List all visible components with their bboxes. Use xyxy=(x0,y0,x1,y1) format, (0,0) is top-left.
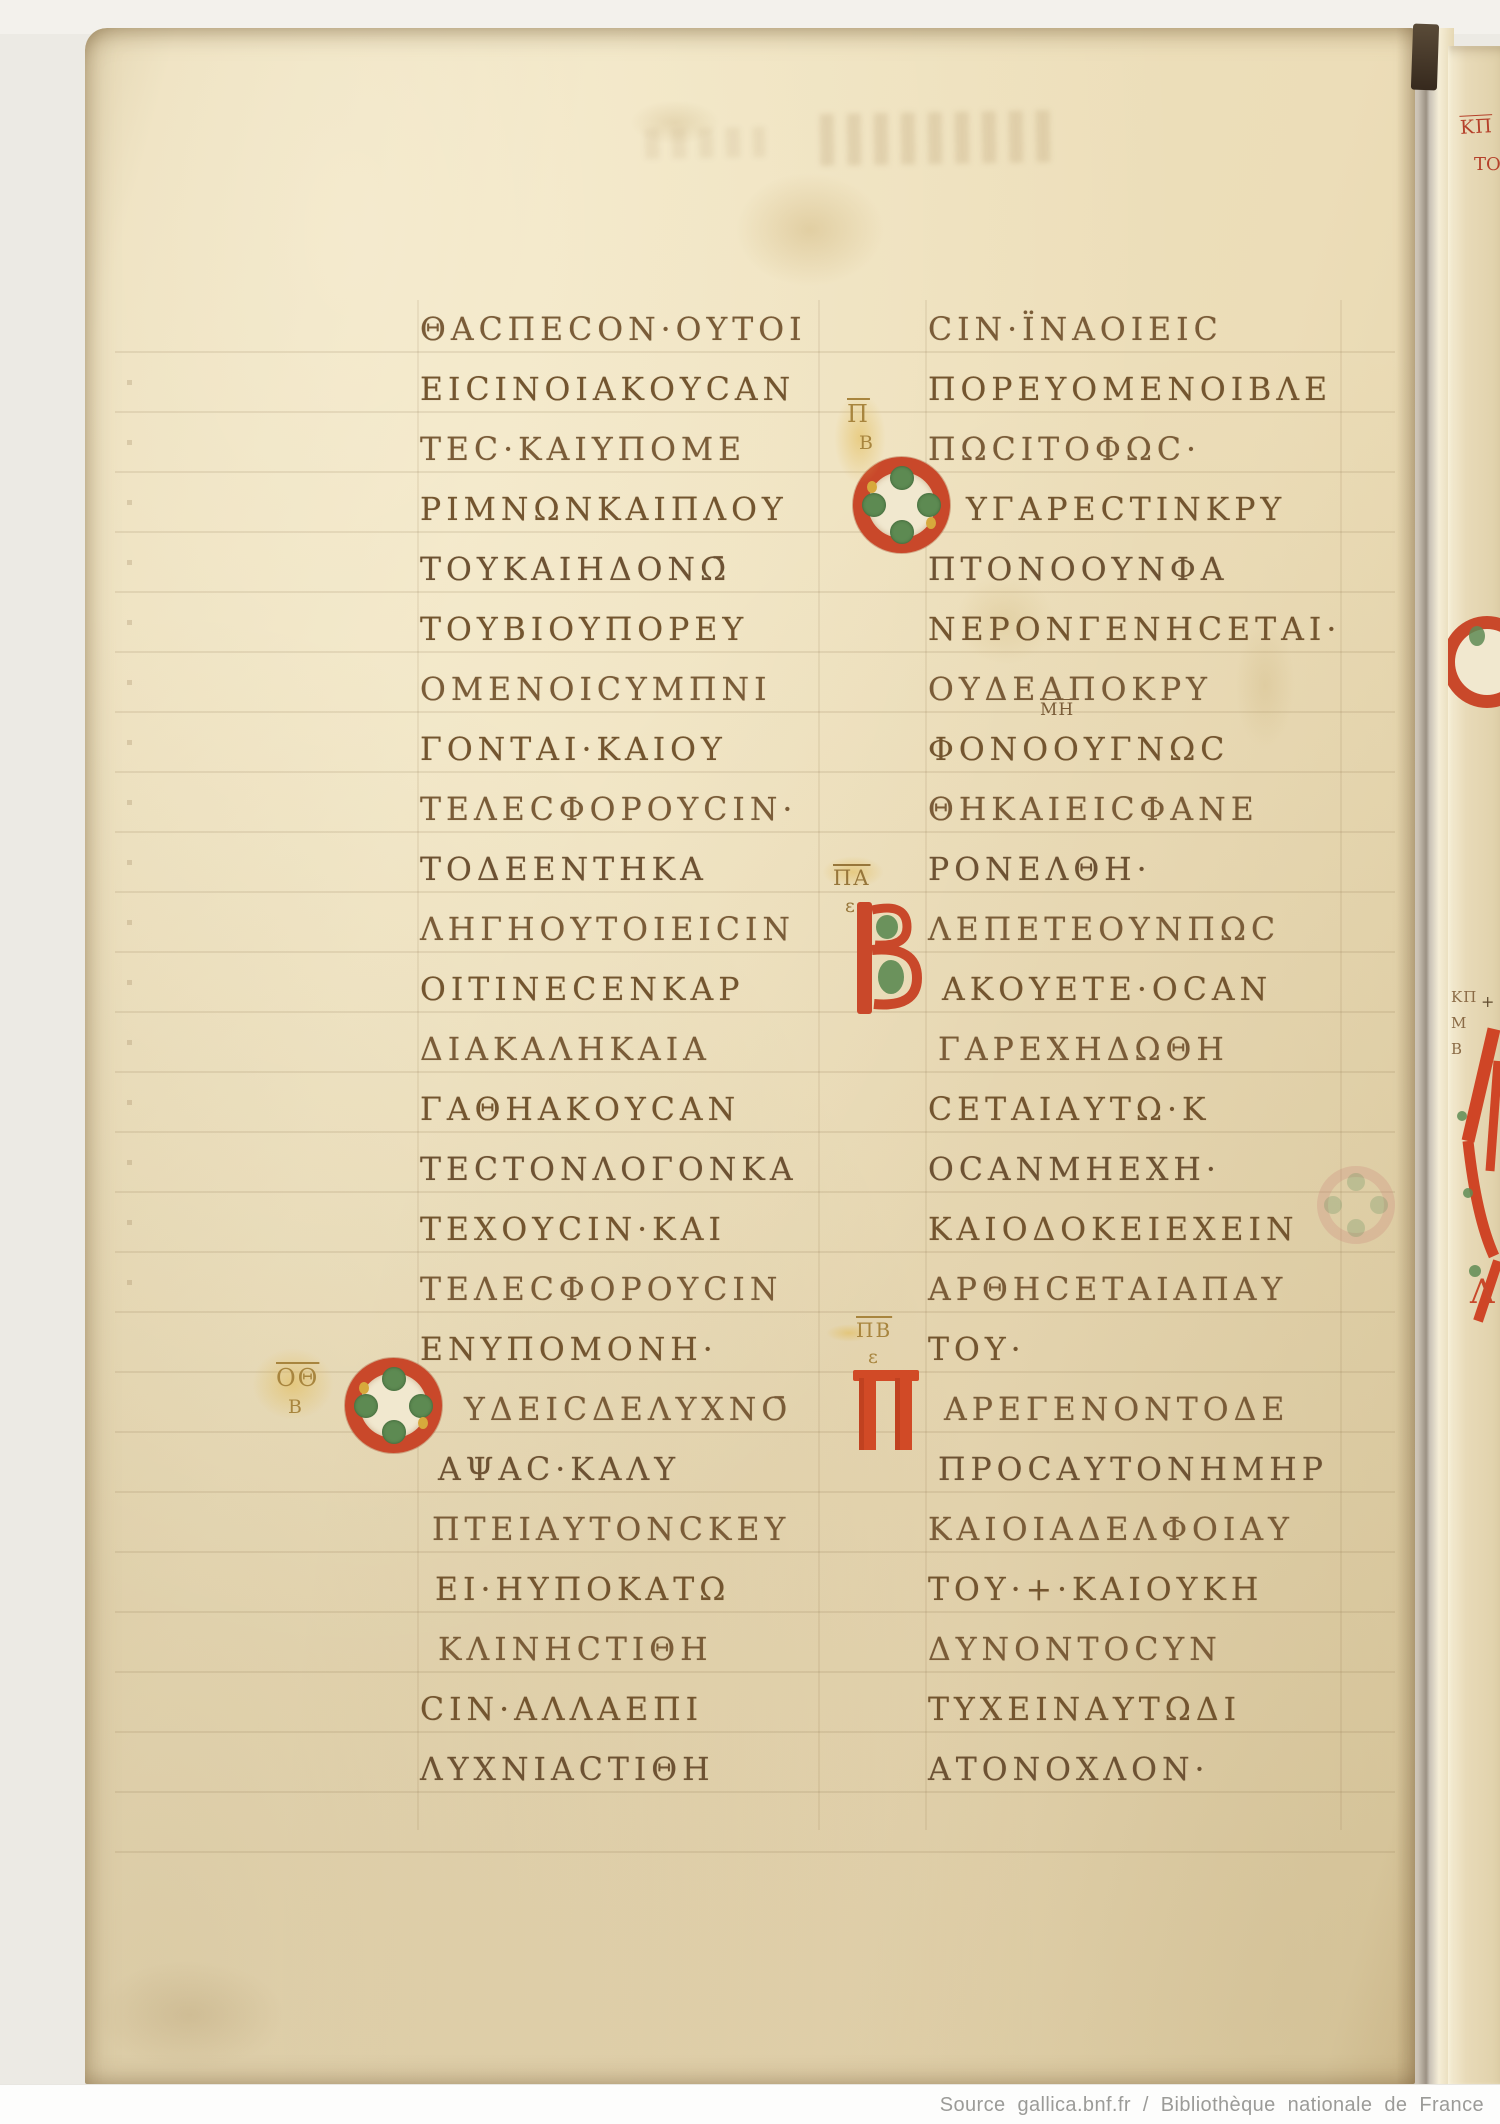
eusebian-section-note: ΠΑ ε xyxy=(833,868,870,916)
initial-ornament xyxy=(862,493,886,517)
manuscript-text-line: ΟΙΤΙΝΕCΕΝΚΑΡ xyxy=(420,960,820,1020)
manuscript-text-line: ΦΟΝΟΟΥΓΝΩC xyxy=(928,720,1348,780)
manuscript-text-line: ΤΥΧΕΙΝΑΥΤΩΔΙ xyxy=(928,1680,1348,1740)
initial-ornament xyxy=(917,493,941,517)
manuscript-text-line: ΔΙΑΚΑΛΗΚΑΙΑ xyxy=(420,1020,820,1080)
manuscript-text-line: ΠΤΟΝΟΟΥΝΦΑ xyxy=(928,540,1348,600)
ink-bleedthrough xyxy=(645,127,766,159)
initial-ornament xyxy=(890,520,914,544)
manuscript-text-line: ΔΥΝΟΝΤΟCΥΝ xyxy=(928,1620,1348,1680)
bleedthrough-initial-ghost xyxy=(1317,1166,1395,1244)
manuscript-text-line: ΚΛΙΝΗCΤΙΘΗ xyxy=(420,1620,820,1680)
manuscript-text-line: ΤΟΔΕΕΝΤΗΚΑ xyxy=(420,840,820,900)
manuscript-text-line: ΟΜΕΝΟΙCΥΜΠΝΙ xyxy=(420,660,820,720)
ghost-ornament xyxy=(1347,1173,1365,1191)
manuscript-text-line: CΕΤΑΙΑΥΤΩ·Κ xyxy=(928,1080,1348,1140)
binding-threads xyxy=(1411,24,1439,91)
initial-ornament xyxy=(409,1394,433,1418)
ghost-ornament xyxy=(1347,1219,1365,1237)
manuscript-text-line: ΠΟΡΕΥΟΜΕΝΟΙΒΛΕ xyxy=(928,360,1348,420)
manuscript-text-line: CΙΝ·ΪΝΑΟΙΕΙC xyxy=(928,300,1348,360)
initial-ornament xyxy=(382,1420,406,1444)
ghost-ornament xyxy=(1370,1196,1388,1214)
manuscript-text-line: ΝΕΡΟΝΓΕΝΗCΕΤΑΙ· xyxy=(928,600,1348,660)
book-gutter xyxy=(1396,28,1454,2084)
initial-ornament xyxy=(418,1417,428,1429)
initial-ornament xyxy=(382,1367,406,1391)
manuscript-text-line: ΛΗΓΗΟΥΤΟΙΕΙCΙΝ xyxy=(420,900,820,960)
manuscript-text-line: ΘΑCΠΕCΟΝ·ΟΥΤΟΙ xyxy=(420,300,820,360)
manuscript-text-line: ΤΟΥ· xyxy=(928,1320,1348,1380)
manuscript-text-line: ΠΩCΙΤΟΦΩC· xyxy=(928,420,1348,480)
section-number: ΠΑ xyxy=(833,868,870,889)
facing-decorated-initial xyxy=(1448,616,1500,708)
manuscript-text-line: ΤΟΥ·+·ΚΑΙΟΥΚΗ xyxy=(928,1560,1348,1620)
manuscript-text-line: ΤΕCΤΟΝΛΟΓΟΝΚΑ xyxy=(420,1140,820,1200)
right-text-column: CΙΝ·ΪΝΑΟΙΕΙCΠΟΡΕΥΟΜΕΝΟΙΒΛΕΠΩCΙΤΟΦΩC·ΥΓΑΡ… xyxy=(928,300,1348,1800)
canon-number: ε xyxy=(845,897,870,916)
manuscript-text-line: ΤΕΛΕCΦΟΡΟΥCΙΝ· xyxy=(420,780,820,840)
eusebian-section-note: Π Β xyxy=(847,402,875,453)
section-number: Π xyxy=(847,402,875,426)
canon-number: Β xyxy=(859,434,875,453)
interlinear-correction: ΜΗ xyxy=(1040,700,1074,720)
manuscript-text-line: ΕΝΥΠΟΜΟΝΗ· xyxy=(420,1320,820,1380)
manuscript-text-line: ΤΟΥΒΙΟΥΠΟΡΕΥ xyxy=(420,600,820,660)
manuscript-text-line: ΟCΑΝΜΗΕΧΗ· xyxy=(928,1140,1348,1200)
manuscript-text-line: ΑΡΕΓΕΝΟΝΤΟΔΕ xyxy=(928,1380,1348,1440)
manuscript-text-line: CΙΝ·ΑΛΛΑΕΠΙ xyxy=(420,1680,820,1740)
manuscript-text-line: ΑΨΑC·ΚΑΛΥ xyxy=(420,1440,820,1500)
ink-bleedthrough xyxy=(820,110,1056,166)
facing-rubric-text: ΤΟ xyxy=(1474,154,1500,175)
manuscript-text-line: ΓΑΡΕΧΗΔΩΘΗ xyxy=(928,1020,1348,1080)
initial-ornament xyxy=(359,1382,369,1394)
source-credit-bar: Source gallica.bnf.fr / Bibliothèque nat… xyxy=(0,2084,1500,2124)
initial-ornament xyxy=(926,517,936,529)
manuscript-text-line: ΥΓΑΡΕCΤΙΝΚΡΥ xyxy=(928,480,1348,540)
pricking-dots xyxy=(127,380,132,1340)
manuscript-text-line: ΠΡΟCΑΥΤΟΝΗΜΗΡ xyxy=(928,1440,1348,1500)
manuscript-text-line: ΥΔΕΙCΔΕΛΥΧΝΟ̄ xyxy=(420,1380,820,1440)
manuscript-text-line: ΡΟΝΕΛΘΗ· xyxy=(928,840,1348,900)
facing-rubric-text: ΚΠ xyxy=(1459,115,1493,139)
decorated-initial-omicron xyxy=(345,1358,442,1453)
manuscript-text-line: ΡΙΜΝΩΝΚΑΙΠΛΟΥ xyxy=(420,480,820,540)
left-text-column: ΘΑCΠΕCΟΝ·ΟΥΤΟΙΕΙCΙΝΟΙΑΚΟΥCΑΝΤΕC·ΚΑΙΥΠΟΜΕ… xyxy=(420,300,820,1800)
decorated-initial-pi xyxy=(853,1370,919,1452)
eusebian-section-note: ΠΒ ε xyxy=(856,1320,892,1367)
manuscript-text-line: ΛΕΠΕΤΕΟΥΝΠΩC xyxy=(928,900,1348,960)
manuscript-text-line: ΟΥΔΕΑΠΟΚΡΥ xyxy=(928,660,1348,720)
initial-ornament xyxy=(1469,626,1485,646)
manuscript-text-line: ΓΑΘΗΑΚΟΥCΑΝ xyxy=(420,1080,820,1140)
manuscript-text-line: ΕΙCΙΝΟΙΑΚΟΥCΑΝ xyxy=(420,360,820,420)
manuscript-text-line: ΚΑΙΟΔΟΚΕΙΕΧΕΙΝ xyxy=(928,1200,1348,1260)
manuscript-text-line: ΚΠ xyxy=(1451,984,1477,1010)
manuscript-text-line: ΑΡΘΗCΕΤΑΙΑΠΑΥ xyxy=(928,1260,1348,1320)
manuscript-text-line: ΤΕΧΟΥCΙΝ·ΚΑΙ xyxy=(420,1200,820,1260)
source-credit-text: Source gallica.bnf.fr / Bibliothèque nat… xyxy=(940,2085,1484,2124)
manuscript-text-line: ΤΟΥΚΑΙΗΔΟΝΩ̄ xyxy=(420,540,820,600)
manuscript-text-line: ΤΕΛΕCΦΟΡΟΥCΙΝ xyxy=(420,1260,820,1320)
canon-number: Β xyxy=(288,1398,319,1417)
scanned-manuscript-view: ΘΑCΠΕCΟΝ·ΟΥΤΟΙΕΙCΙΝΟΙΑΚΟΥCΑΝΤΕC·ΚΑΙΥΠΟΜΕ… xyxy=(0,0,1500,2124)
manuscript-text-line: ΘΗΚΑΙΕΙCΦΑΝΕ xyxy=(928,780,1348,840)
manuscript-text-line: ΑΚΟΥΕΤΕ·ΟCΑΝ xyxy=(928,960,1348,1020)
facing-initial-fragment: Λ xyxy=(1470,1272,1495,1312)
manuscript-text-line: ΚΑΙΟΙΑΔΕΛΦΟΙΑΥ xyxy=(928,1500,1348,1560)
manuscript-text-line: ΛΥΧΝΙΑCΤΙΘΗ xyxy=(420,1740,820,1800)
ghost-ornament xyxy=(1324,1196,1342,1214)
eusebian-section-note: ΟΘ Β xyxy=(276,1366,319,1417)
facing-cross-mark: + xyxy=(1481,992,1494,1011)
manuscript-text-line: ΤΕC·ΚΑΙΥΠΟΜΕ xyxy=(420,420,820,480)
section-number: ΟΘ xyxy=(276,1366,319,1390)
decorated-initial-beta xyxy=(855,900,927,1018)
section-number: ΠΒ xyxy=(856,1320,892,1340)
facing-page-edge: ΚΠ ΤΟ ΚΠΜΒ + Λ xyxy=(1448,46,1500,2084)
initial-ornament xyxy=(354,1394,378,1418)
manuscript-text-line: ΠΤΕΙΑΥΤΟΝCΚΕΥ xyxy=(420,1500,820,1560)
canon-number: ε xyxy=(868,1348,892,1367)
manuscript-text-line: ΑΤΟΝΟΧΛΟΝ· xyxy=(928,1740,1348,1800)
manuscript-text-line: ΕΙ·ΗΥΠΟΚΑΤΩ xyxy=(420,1560,820,1620)
manuscript-text-line: ΓΟΝΤΑΙ·ΚΑΙΟΥ xyxy=(420,720,820,780)
initial-ornament xyxy=(890,466,914,490)
ruling-vertical xyxy=(417,300,419,1830)
